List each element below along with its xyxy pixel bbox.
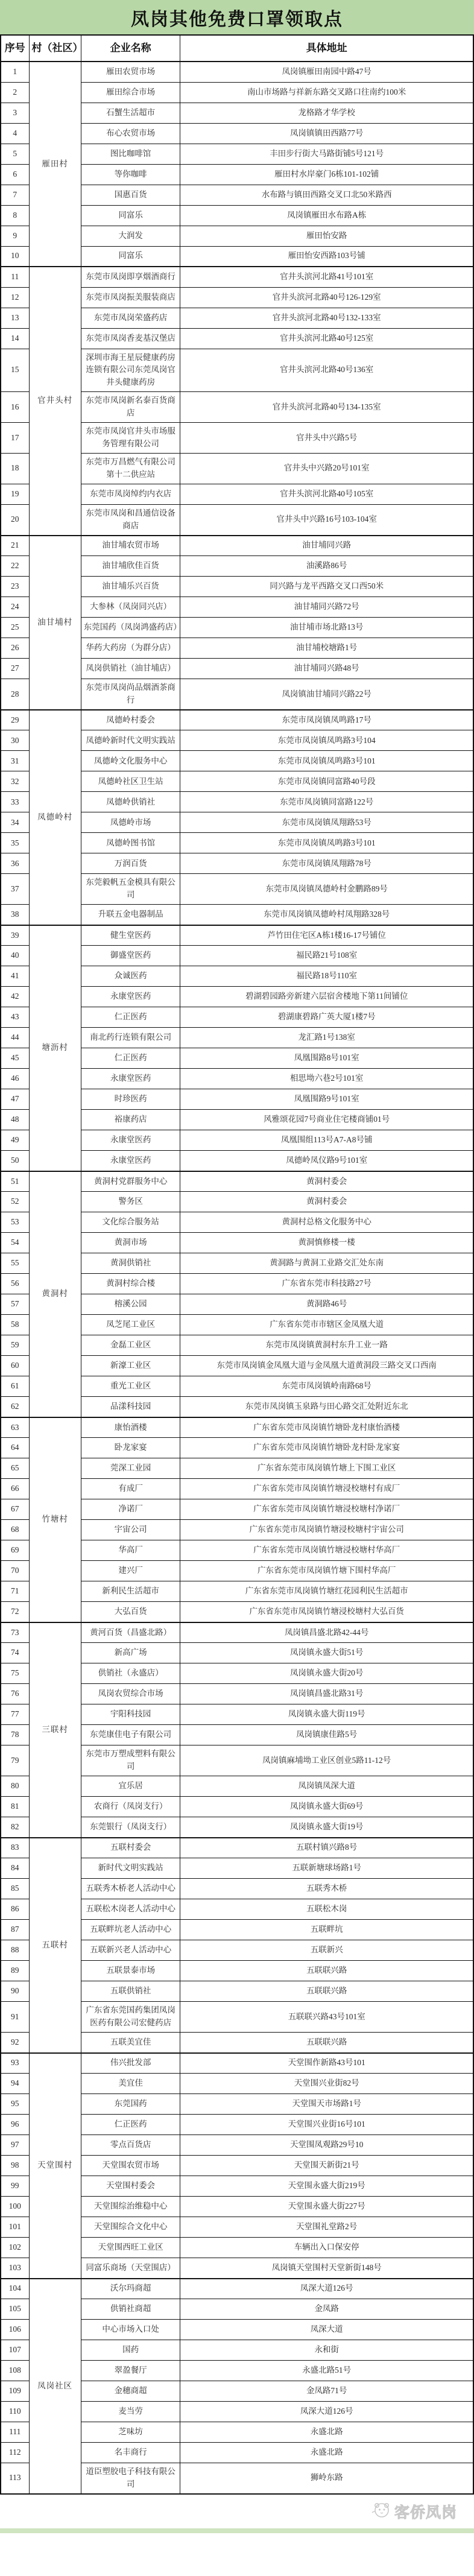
company-cell: 农商行（凤岗支行） <box>81 1797 180 1817</box>
company-cell: 东莞国药（凤岗鸿盛药店） <box>81 618 180 638</box>
table-row: 73三联村黄河百货（昌盛北路）凤岗镇昌盛北路42-44号 <box>1 1622 473 1643</box>
table-row: 39塘沥村健生堂医药芦竹田住宅区A栋1楼16-17号铺位 <box>1 925 473 946</box>
column-header-village: 村（社区） <box>29 35 81 62</box>
row-number-cell: 113 <box>1 2463 29 2494</box>
company-cell: 仁正医药 <box>81 1007 180 1028</box>
company-cell: 国药 <box>81 2340 180 2361</box>
address-cell: 五联畔坑 <box>180 1920 473 1940</box>
table-row: 51黄洞村黄洞村党群服务中心黄洞村委会 <box>1 1171 473 1192</box>
row-number-cell: 3 <box>1 103 29 123</box>
row-number-cell: 66 <box>1 1479 29 1499</box>
address-cell: 东莞市凤岗镇同富路40号段 <box>180 771 473 792</box>
row-number-cell: 77 <box>1 1704 29 1725</box>
row-number-cell: 20 <box>1 504 29 535</box>
row-number-cell: 92 <box>1 2033 29 2053</box>
village-cell: 油甘埔村 <box>29 536 81 710</box>
address-cell: 黄洞慎修楼一楼 <box>180 1233 473 1253</box>
company-cell: 五联供销社 <box>81 1981 180 2002</box>
company-cell: 等你咖啡 <box>81 164 180 185</box>
address-cell: 凤岗镇凤深大道 <box>180 1776 473 1797</box>
company-cell: 莞深工业园 <box>81 1458 180 1479</box>
address-cell: 广东省东莞市凤岗镇竹塘浸校塘村大弘百货 <box>180 1602 473 1622</box>
table-row: 93天堂围村伟兴批发部天堂围作新路43号101 <box>1 2053 473 2074</box>
company-cell: 有成厂 <box>81 1479 180 1499</box>
company-cell: 新濠工业区 <box>81 1356 180 1376</box>
company-cell: 深圳市海王星辰健康药房连锁有限公司东莞凤岗官井头健康药房 <box>81 349 180 392</box>
row-number-cell: 24 <box>1 597 29 618</box>
company-cell: 石蟹生活超市 <box>81 103 180 123</box>
page-title: 凤岗其他免费口罩领取点 <box>131 4 343 31</box>
address-cell: 广东省东莞市凤岗镇竹塘上下围工业区 <box>180 1458 473 1479</box>
row-number-cell: 19 <box>1 484 29 504</box>
row-number-cell: 33 <box>1 792 29 812</box>
row-number-cell: 103 <box>1 2258 29 2279</box>
row-number-cell: 36 <box>1 853 29 874</box>
row-number-cell: 105 <box>1 2299 29 2320</box>
address-cell: 广东省东莞市市辖区金凤凰大道 <box>180 1315 473 1335</box>
address-cell: 雁田村水岸豪门6栋101-102铺 <box>180 164 473 185</box>
company-cell: 金磊工业区 <box>81 1335 180 1356</box>
company-cell: 宇阳科技园 <box>81 1704 180 1725</box>
company-cell: 天堂围综合文化中心 <box>81 2217 180 2238</box>
column-header-address: 具体地址 <box>180 35 473 62</box>
village-cell: 凤岗社区 <box>29 2279 81 2494</box>
village-cell: 塘沥村 <box>29 925 81 1171</box>
address-cell: 天堂围天市场路1号 <box>180 2094 473 2115</box>
village-cell: 凤德岭村 <box>29 710 81 925</box>
address-cell: 东莞市凤岗镇凤翔路53号 <box>180 812 473 833</box>
company-cell: 天堂围综治维稳中心 <box>81 2197 180 2217</box>
company-cell: 凤德岭图书馆 <box>81 833 180 853</box>
company-cell: 东莞市凤岗和昌通信设备商店 <box>81 504 180 535</box>
row-number-cell: 52 <box>1 1192 29 1212</box>
row-number-cell: 49 <box>1 1130 29 1151</box>
company-cell: 新高广场 <box>81 1643 180 1663</box>
row-number-cell: 61 <box>1 1376 29 1397</box>
address-cell: 天堂围永盛大街219号 <box>180 2176 473 2197</box>
row-number-cell: 110 <box>1 2402 29 2422</box>
address-cell: 东莞市凤岗镇同富路122号 <box>180 792 473 812</box>
row-number-cell: 102 <box>1 2238 29 2258</box>
address-cell: 凤德岭凤仪路9号101室 <box>180 1151 473 1171</box>
address-cell: 油甘埔同兴路 <box>180 536 473 556</box>
company-cell: 东莞康佳电子有限公司 <box>81 1725 180 1745</box>
address-cell: 碧湖康碧路广英大厦1楼7号 <box>180 1007 473 1028</box>
company-cell: 永康堂医药 <box>81 1130 180 1151</box>
address-cell: 东莞市凤岗镇凤德岭村凤翔路328号 <box>180 905 473 925</box>
row-number-cell: 14 <box>1 328 29 349</box>
address-cell: 油甘埔市场北路13号 <box>180 618 473 638</box>
company-cell: 凤岗供销社（油甘埔店） <box>81 659 180 679</box>
row-number-cell: 58 <box>1 1315 29 1335</box>
address-cell: 天堂围兴业街16号101 <box>180 2115 473 2135</box>
company-cell: 油甘埔农贸市场 <box>81 536 180 556</box>
company-cell: 大弘百货 <box>81 1602 180 1622</box>
company-cell: 康怡酒楼 <box>81 1417 180 1438</box>
address-cell: 天堂围作新路43号101 <box>180 2053 473 2074</box>
row-number-cell: 21 <box>1 536 29 556</box>
company-cell: 新时代文明实践站 <box>81 1858 180 1879</box>
row-number-cell: 44 <box>1 1028 29 1048</box>
address-cell: 五联联兴路43号101室 <box>180 2002 473 2033</box>
address-cell: 广东省东莞市凤岗镇竹塘浸校塘村宇宙公司 <box>180 1520 473 1540</box>
company-cell: 图比咖啡馆 <box>81 144 180 164</box>
address-cell: 官井头滨河北路40号126-129室 <box>180 287 473 308</box>
row-number-cell: 39 <box>1 925 29 946</box>
company-cell: 时珍医药 <box>81 1089 180 1110</box>
address-cell: 五联新塘球场路1号 <box>180 1858 473 1879</box>
address-cell: 油甘埔同兴路48号 <box>180 659 473 679</box>
row-number-cell: 5 <box>1 144 29 164</box>
address-cell: 东莞市凤岗镇金凤凰大道与金凤凰大道黄洞段三路交叉口西南 <box>180 1356 473 1376</box>
table-row: 29凤德岭村凤德岭村委会东莞市凤岗镇凤鸣路17号 <box>1 710 473 730</box>
company-cell: 凤德岭市场 <box>81 812 180 833</box>
company-cell: 大润发 <box>81 226 180 246</box>
row-number-cell: 69 <box>1 1540 29 1561</box>
row-number-cell: 7 <box>1 185 29 205</box>
address-cell: 凤岗镇雁田南园中路47号 <box>180 62 473 82</box>
company-cell: 东莞市凤岗尚品烟酒茶商行 <box>81 679 180 710</box>
company-cell: 卧龙家宴 <box>81 1438 180 1458</box>
address-cell: 官井头滨河北路40号134-135室 <box>180 392 473 423</box>
address-cell: 凤凰围路8号101室 <box>180 1048 473 1069</box>
row-number-cell: 99 <box>1 2176 29 2197</box>
row-number-cell: 68 <box>1 1520 29 1540</box>
company-cell: 同富乐 <box>81 246 180 267</box>
row-number-cell: 93 <box>1 2053 29 2074</box>
company-cell: 东莞毅帆五金模具有限公司 <box>81 874 180 905</box>
address-cell: 车辆出入口保安停 <box>180 2238 473 2258</box>
row-number-cell: 64 <box>1 1438 29 1458</box>
company-cell: 天堂围村委会 <box>81 2176 180 2197</box>
row-number-cell: 91 <box>1 2002 29 2033</box>
row-number-cell: 109 <box>1 2381 29 2402</box>
row-number-cell: 63 <box>1 1417 29 1438</box>
row-number-cell: 38 <box>1 905 29 925</box>
footer: 客侨凤岗 <box>0 2495 474 2528</box>
address-cell: 天堂围礼堂路2号 <box>180 2217 473 2238</box>
address-cell: 福民路21号108室 <box>180 946 473 966</box>
company-cell: 五联村委会 <box>81 1838 180 1858</box>
address-cell: 广东省东莞市凤岗镇竹塘浸校塘村华高厂 <box>180 1540 473 1561</box>
row-number-cell: 40 <box>1 946 29 966</box>
address-cell: 东莞市凤岗镇凤鸣路3号101 <box>180 751 473 771</box>
address-cell: 官井头滨河北路41号101室 <box>180 267 473 287</box>
address-cell: 黄洞村委会 <box>180 1171 473 1192</box>
row-number-cell: 72 <box>1 1602 29 1622</box>
row-number-cell: 1 <box>1 62 29 82</box>
address-cell: 广东省东莞市凤岗镇竹塘浸校塘村有成厂 <box>180 1479 473 1499</box>
row-number-cell: 81 <box>1 1797 29 1817</box>
row-number-cell: 34 <box>1 812 29 833</box>
address-cell: 同兴路与龙平西路交叉口西50米 <box>180 577 473 597</box>
address-cell: 天堂围天新街21号 <box>180 2156 473 2176</box>
company-cell: 升联五金电器制品 <box>81 905 180 925</box>
row-number-cell: 70 <box>1 1561 29 1581</box>
company-cell: 文化综合服务站 <box>81 1212 180 1233</box>
row-number-cell: 25 <box>1 618 29 638</box>
row-number-cell: 83 <box>1 1838 29 1858</box>
address-cell: 碧湖碧园路旁新建六层宿舍楼地下第11间铺位 <box>180 987 473 1007</box>
company-cell: 华高厂 <box>81 1540 180 1561</box>
company-cell: 永康堂医药 <box>81 987 180 1007</box>
address-cell: 广东省东莞市凤岗镇竹塘卧龙村卧龙家宴 <box>180 1438 473 1458</box>
village-cell: 黄洞村 <box>29 1171 81 1417</box>
company-cell: 零点百货店 <box>81 2135 180 2156</box>
address-cell: 天堂围凤观路29号10 <box>180 2135 473 2156</box>
row-number-cell: 13 <box>1 308 29 328</box>
address-cell: 广东省东莞市凤岗镇竹塘下围村华高厂 <box>180 1561 473 1581</box>
company-cell: 仁正医药 <box>81 1048 180 1069</box>
row-number-cell: 78 <box>1 1725 29 1745</box>
company-cell: 五联美宜佳 <box>81 2033 180 2053</box>
address-cell: 金凤路71号 <box>180 2381 473 2402</box>
company-cell: 永康堂医药 <box>81 1151 180 1171</box>
address-cell: 芦竹田住宅区A栋1楼16-17号铺位 <box>180 925 473 946</box>
address-cell: 官井头滨河北路40号136室 <box>180 349 473 392</box>
row-number-cell: 88 <box>1 1940 29 1961</box>
village-cell: 竹塘村 <box>29 1417 81 1622</box>
company-cell: 东莞市凤岗新名泰百货商店 <box>81 392 180 423</box>
address-cell: 凤岗镇天堂围村天堂新街148号 <box>180 2258 473 2279</box>
row-number-cell: 26 <box>1 638 29 659</box>
row-number-cell: 106 <box>1 2320 29 2340</box>
address-cell: 东莞市凤岗镇凤翔路78号 <box>180 853 473 874</box>
row-number-cell: 4 <box>1 123 29 144</box>
row-number-cell: 54 <box>1 1233 29 1253</box>
address-cell: 东莞市凤岗镇玉泉路与田心路交汇处附近东北 <box>180 1397 473 1417</box>
village-cell: 天堂围村 <box>29 2053 81 2279</box>
company-cell: 东莞银行（凤岗支行） <box>81 1817 180 1838</box>
village-cell: 雁田村 <box>29 62 81 267</box>
company-cell: 五联秀木桥老人活动中心 <box>81 1879 180 1899</box>
address-cell: 凤岗镇昌盛北路31号 <box>180 1684 473 1704</box>
address-cell: 永盛北路 <box>180 2422 473 2443</box>
company-cell: 东莞市凤岗即享烟酒商行 <box>81 267 180 287</box>
company-cell: 天堂围农贸市场 <box>81 2156 180 2176</box>
company-cell: 新利民生活超市 <box>81 1581 180 1602</box>
company-cell: 国惠百货 <box>81 185 180 205</box>
address-cell: 永盛北路 <box>180 2443 473 2463</box>
row-number-cell: 89 <box>1 1961 29 1981</box>
company-cell: 凤芝尾工业区 <box>81 1315 180 1335</box>
row-number-cell: 29 <box>1 710 29 730</box>
table-row: 83五联村五联村委会五联村镇兴路8号 <box>1 1838 473 1858</box>
title-bar: 凤岗其他免费口罩领取点 <box>0 0 474 34</box>
company-cell: 裕康药店 <box>81 1110 180 1130</box>
company-cell: 东莞市凤岗绰约内衣店 <box>81 484 180 504</box>
row-number-cell: 87 <box>1 1920 29 1940</box>
row-number-cell: 82 <box>1 1817 29 1838</box>
row-number-cell: 59 <box>1 1335 29 1356</box>
company-cell: 金穗商超 <box>81 2381 180 2402</box>
row-number-cell: 108 <box>1 2361 29 2381</box>
row-number-cell: 45 <box>1 1048 29 1069</box>
row-number-cell: 56 <box>1 1274 29 1294</box>
row-number-cell: 30 <box>1 730 29 751</box>
row-number-cell: 51 <box>1 1171 29 1192</box>
row-number-cell: 18 <box>1 453 29 484</box>
address-cell: 五联村镇兴路8号 <box>180 1838 473 1858</box>
company-cell: 同富乐 <box>81 205 180 226</box>
table-row: 104凤岗社区沃尔玛商超凤深大道126号 <box>1 2279 473 2299</box>
address-cell: 黄洞路46号 <box>180 1294 473 1315</box>
company-cell: 五联新兴老人活动中心 <box>81 1940 180 1961</box>
address-cell: 五联松木岗 <box>180 1899 473 1920</box>
row-number-cell: 79 <box>1 1745 29 1776</box>
mask-table-body: 1雁田村雁田农贸市场凤岗镇雁田南园中路47号2雁田综合市场南山市场路与祥新东路交… <box>1 62 473 2494</box>
company-cell: 供销社商超 <box>81 2299 180 2320</box>
row-number-cell: 31 <box>1 751 29 771</box>
address-cell: 凤岗镇永盛大街51号 <box>180 1643 473 1663</box>
bottom-green-strip <box>0 2528 474 2533</box>
page: 凤岗其他免费口罩领取点 序号 村（社区） 企业名称 具体地址 1雁田村雁田农贸市… <box>0 0 474 2533</box>
row-number-cell: 6 <box>1 164 29 185</box>
address-cell: 广东省东莞市科技路27号 <box>180 1274 473 1294</box>
column-header-no: 序号 <box>1 35 29 62</box>
village-cell: 官井头村 <box>29 267 81 536</box>
address-cell: 官井头滨河北路40号105室 <box>180 484 473 504</box>
row-number-cell: 35 <box>1 833 29 853</box>
panda-face-outline-icon <box>370 2501 391 2522</box>
address-cell: 东莞市凤岗镇凤鸣路3号101 <box>180 833 473 853</box>
column-header-company: 企业名称 <box>81 35 180 62</box>
company-cell: 美宜佳 <box>81 2074 180 2094</box>
watermark-text: 客侨凤岗 <box>394 2501 457 2522</box>
company-cell: 华药大药房（为群分店） <box>81 638 180 659</box>
address-cell: 风雅颂花园7号商业住宅楼商铺01号 <box>180 1110 473 1130</box>
company-cell: 雁田农贸市场 <box>81 62 180 82</box>
company-cell: 御盛堂医药 <box>81 946 180 966</box>
address-cell: 黄洞路与黄洞工业路交汇处东南 <box>180 1253 473 1274</box>
company-cell: 翠盈餐厅 <box>81 2361 180 2381</box>
row-number-cell: 48 <box>1 1110 29 1130</box>
company-cell: 南北药行连锁有限公司 <box>81 1028 180 1048</box>
row-number-cell: 73 <box>1 1622 29 1643</box>
address-cell: 凤岗镇油甘埔同兴路22号 <box>180 679 473 710</box>
row-number-cell: 65 <box>1 1458 29 1479</box>
row-number-cell: 107 <box>1 2340 29 2361</box>
company-cell: 众诚医药 <box>81 966 180 987</box>
company-cell: 东莞市万塑成塑料有限公司 <box>81 1745 180 1776</box>
address-cell: 雁田怡安西路103号铺 <box>180 246 473 267</box>
company-cell: 仁正医药 <box>81 2115 180 2135</box>
row-number-cell: 42 <box>1 987 29 1007</box>
address-cell: 黄洞村总格文化服务中心 <box>180 1212 473 1233</box>
company-cell: 供销社（永盛店） <box>81 1663 180 1684</box>
company-cell: 天堂围西旺工业区 <box>81 2238 180 2258</box>
address-cell: 官井头滨河北路40号125室 <box>180 328 473 349</box>
company-cell: 五联畔坑老人活动中心 <box>81 1920 180 1940</box>
company-cell: 警务区 <box>81 1192 180 1212</box>
address-cell: 凤深大道126号 <box>180 2279 473 2299</box>
row-number-cell: 67 <box>1 1499 29 1520</box>
company-cell: 东莞市凤岗香麦基汉堡店 <box>81 328 180 349</box>
row-number-cell: 27 <box>1 659 29 679</box>
village-cell: 三联村 <box>29 1622 81 1838</box>
row-number-cell: 15 <box>1 349 29 392</box>
address-cell: 官井头中兴路16号103-104室 <box>180 504 473 535</box>
row-number-cell: 32 <box>1 771 29 792</box>
watermark: 客侨凤岗 <box>370 2501 457 2522</box>
address-cell: 东莞市凤岗镇凤德岭村金鹏路89号 <box>180 874 473 905</box>
row-number-cell: 62 <box>1 1397 29 1417</box>
company-cell: 油甘埔欣佳百货 <box>81 556 180 577</box>
company-cell: 东莞国药 <box>81 2094 180 2115</box>
company-cell: 品漾科技园 <box>81 1397 180 1417</box>
table-row: 11官井头村东莞市凤岗即享烟酒商行官井头滨河北路41号101室 <box>1 267 473 287</box>
address-cell: 广东省东莞市凤岗镇竹塘浸校塘村净诺厂 <box>180 1499 473 1520</box>
row-number-cell: 86 <box>1 1899 29 1920</box>
address-cell: 油甘埔同兴路72号 <box>180 597 473 618</box>
company-cell: 黄洞市场 <box>81 1233 180 1253</box>
row-number-cell: 104 <box>1 2279 29 2299</box>
company-cell: 大参林（凤岗同兴店） <box>81 597 180 618</box>
row-number-cell: 8 <box>1 205 29 226</box>
company-cell: 五联松木岗老人活动中心 <box>81 1899 180 1920</box>
address-cell: 黄洞村委会 <box>180 1192 473 1212</box>
company-cell: 永康堂医药 <box>81 1069 180 1089</box>
company-cell: 宜乐居 <box>81 1776 180 1797</box>
company-cell: 名丰商行 <box>81 2443 180 2463</box>
address-cell: 金凤路 <box>180 2299 473 2320</box>
company-cell: 油甘埔乐兴百货 <box>81 577 180 597</box>
address-cell: 油甘埔校塘路1号 <box>180 638 473 659</box>
address-cell: 凤凰围路9号101室 <box>180 1089 473 1110</box>
row-number-cell: 12 <box>1 287 29 308</box>
address-cell: 凤深大道 <box>180 2320 473 2340</box>
address-cell: 凤岗镇永盛大街19号 <box>180 1817 473 1838</box>
company-cell: 五联景泰市场 <box>81 1961 180 1981</box>
row-number-cell: 57 <box>1 1294 29 1315</box>
company-cell: 东莞市凤岗官井头市场服务管理有限公司 <box>81 423 180 454</box>
company-cell: 凤德岭文化服务中心 <box>81 751 180 771</box>
row-number-cell: 9 <box>1 226 29 246</box>
row-number-cell: 90 <box>1 1981 29 2002</box>
address-cell: 五联新兴 <box>180 1940 473 1961</box>
row-number-cell: 17 <box>1 423 29 454</box>
company-cell: 建兴厂 <box>81 1561 180 1581</box>
company-cell: 同富乐商场（天堂围店） <box>81 2258 180 2279</box>
row-number-cell: 2 <box>1 82 29 103</box>
company-cell: 广东省东莞国药集团凤岗医药有限公司宏健药店 <box>81 2002 180 2033</box>
company-cell: 榕溪公园 <box>81 1294 180 1315</box>
company-cell: 麦当劳 <box>81 2402 180 2422</box>
address-cell: 五联联兴路 <box>180 1961 473 1981</box>
company-cell: 中心市场入口处 <box>81 2320 180 2340</box>
company-cell: 重光工业区 <box>81 1376 180 1397</box>
company-cell: 宇宙公司 <box>81 1520 180 1540</box>
address-cell: 凤岗镇麻埔坳工业区创业5路11-12号 <box>180 1745 473 1776</box>
address-cell: 永盛北路51号 <box>180 2361 473 2381</box>
row-number-cell: 10 <box>1 246 29 267</box>
address-cell: 龙格路才华学校 <box>180 103 473 123</box>
address-cell: 凤岗镇镇田西路77号 <box>180 123 473 144</box>
row-number-cell: 74 <box>1 1643 29 1663</box>
address-cell: 凤岗镇永盛大街119号 <box>180 1704 473 1725</box>
company-cell: 黄河百货（昌盛北路） <box>81 1622 180 1643</box>
company-cell: 伟兴批发部 <box>81 2053 180 2074</box>
company-cell: 凤岗农贸综合市场 <box>81 1684 180 1704</box>
row-number-cell: 112 <box>1 2443 29 2463</box>
address-cell: 狮岭东路 <box>180 2463 473 2494</box>
table-row: 21油甘埔村油甘埔农贸市场油甘埔同兴路 <box>1 536 473 556</box>
address-cell: 龙汇路1号138室 <box>180 1028 473 1048</box>
row-number-cell: 50 <box>1 1151 29 1171</box>
address-cell: 福民路18号110室 <box>180 966 473 987</box>
row-number-cell: 28 <box>1 679 29 710</box>
address-cell: 凤岗镇永盛大街20号 <box>180 1663 473 1684</box>
